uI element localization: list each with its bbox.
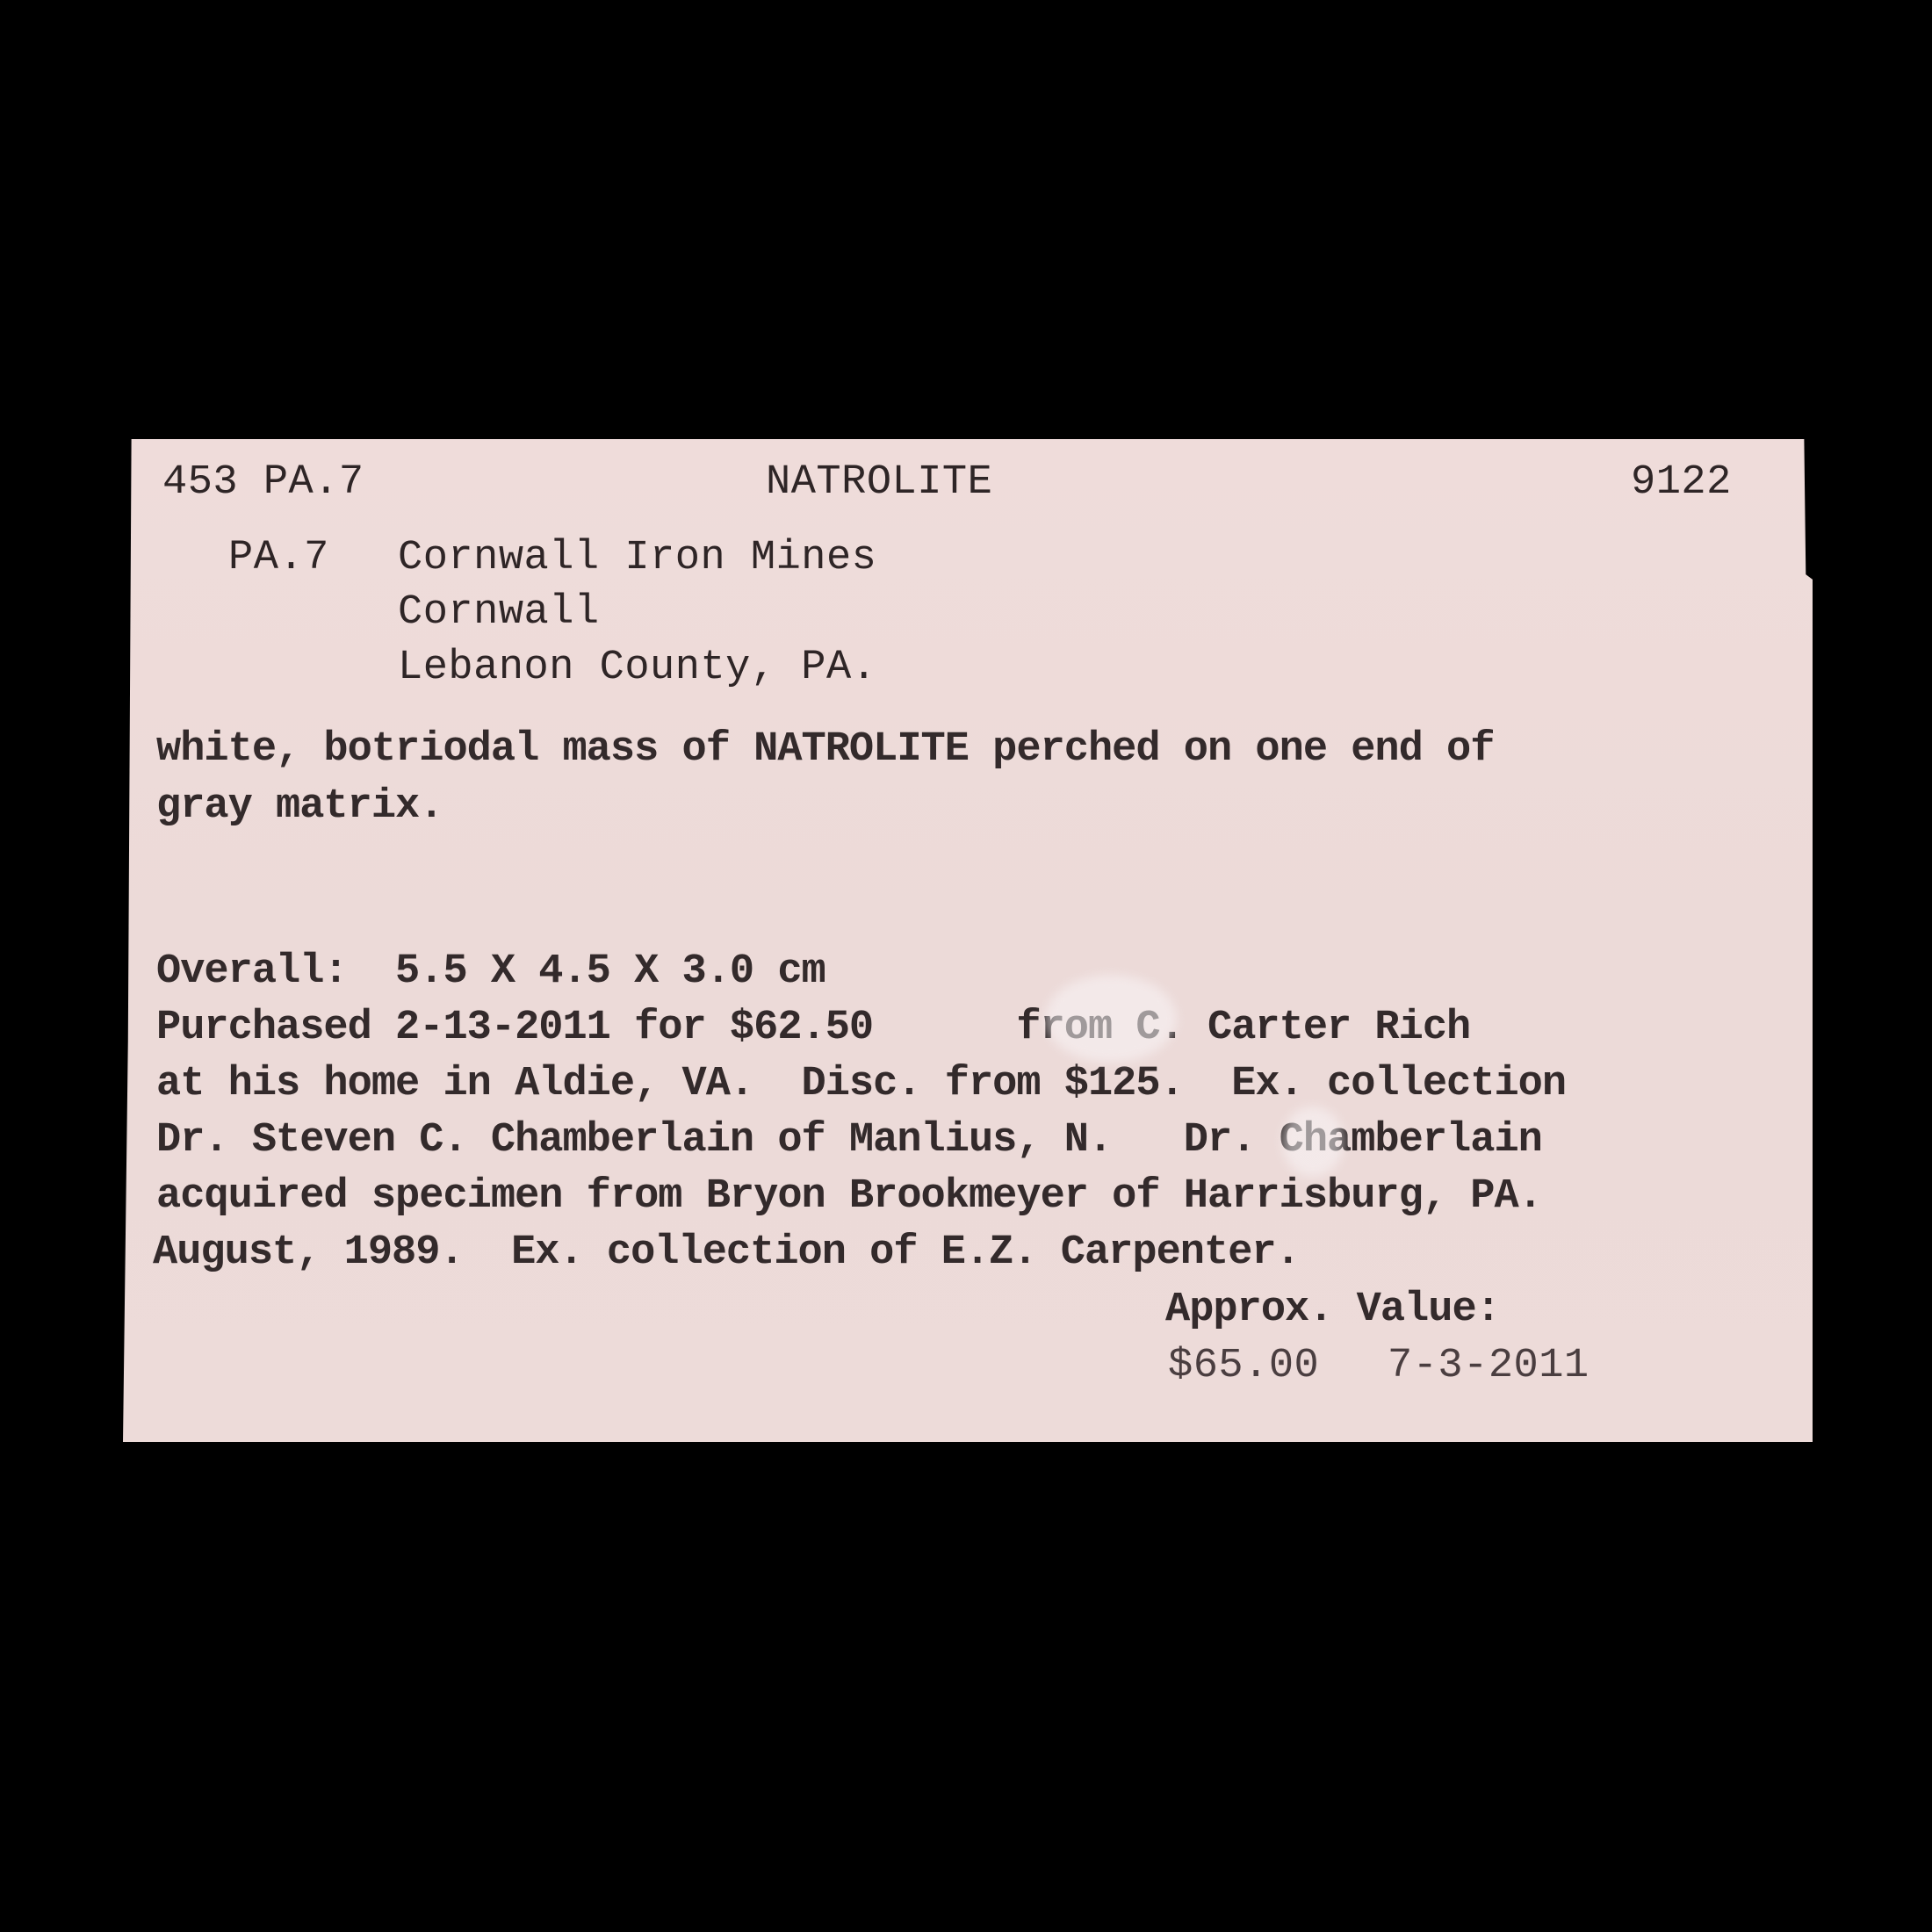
paper-stain (1282, 1107, 1344, 1177)
purchase-line: Purchased 2-13-2011 for $62.50 from C. C… (156, 1007, 1470, 1049)
locality-line-town: Cornwall (398, 592, 600, 633)
description-line-1: white, botriodal mass of NATROLITE perch… (156, 729, 1494, 770)
locality-line-mine: Cornwall Iron Mines (398, 537, 876, 579)
provenance-line-3: at his home in Aldie, VA. Disc. from $12… (156, 1063, 1566, 1105)
provenance-line-6: August, 1989. Ex. collection of E.Z. Car… (153, 1232, 1300, 1273)
provenance-line-5: acquired specimen from Bryon Brookmeyer … (156, 1176, 1542, 1217)
mineral-name: NATROLITE (766, 462, 992, 503)
locality-line-county: Lebanon County, PA. (398, 647, 876, 688)
approx-value-label: Approx. Value: (1165, 1289, 1500, 1330)
specimen-number: 9122 (1631, 462, 1732, 503)
description-line-2: gray matrix. (156, 786, 443, 827)
specimen-label-card: 453 PA.7 NATROLITE 9122 PA.7 Cornwall Ir… (123, 439, 1813, 1442)
locality-code: PA.7 (228, 537, 329, 579)
paper-stain (1045, 975, 1177, 1063)
catalog-code: 453 PA.7 (162, 462, 364, 503)
approx-value-amount: $65.00 (1168, 1345, 1319, 1387)
overall-dimensions: Overall: 5.5 X 4.5 X 3.0 cm (156, 951, 825, 992)
approx-value-date: 7-3-2011 (1388, 1345, 1590, 1387)
